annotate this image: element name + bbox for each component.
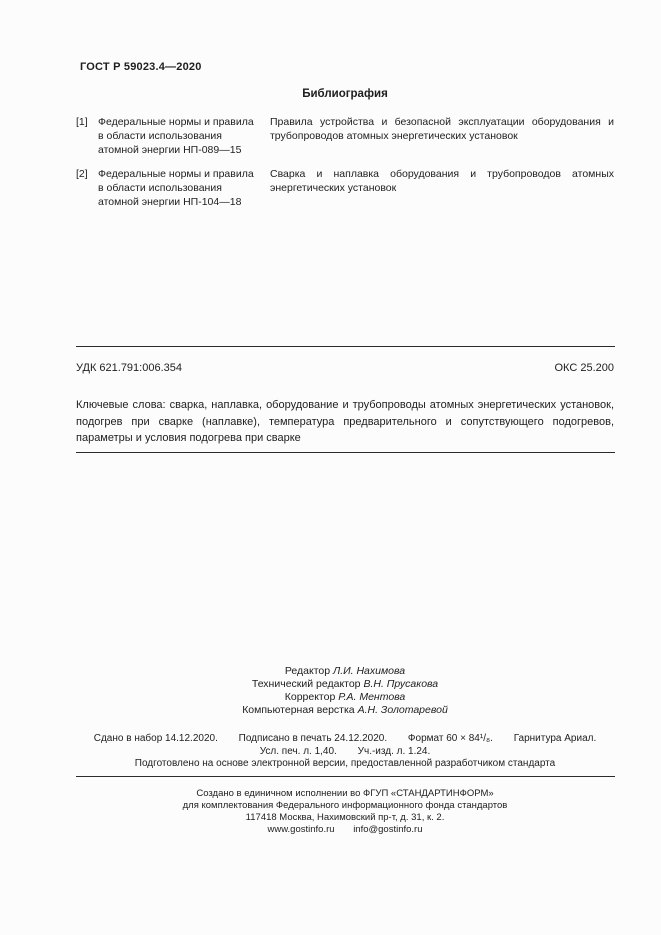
bibliography-entry: [2] Федеральные нормы и правила в област… [76, 167, 614, 209]
publisher-block: Создано в единичном исполнении во ФГУП «… [76, 788, 614, 836]
staff-line-technical-editor: Технический редактор В.Н. Прусакова [76, 678, 614, 691]
horizontal-rule-middle [76, 452, 615, 453]
imprint-line-2: Усл. печ. л. 1,40. Уч.-изд. л. 1.24. [76, 746, 614, 759]
section-title: Библиография [76, 88, 614, 100]
staff-role: Технический редактор [252, 678, 361, 690]
bibliography-source: Федеральные нормы и правила в области ис… [98, 115, 260, 157]
publisher-line-1: Создано в единичном исполнении во ФГУП «… [76, 788, 614, 800]
udk-code: УДК 621.791:006.354 [76, 362, 182, 374]
bibliography-description: Правила устройства и безопасной эксплуат… [270, 115, 614, 143]
staff-role: Редактор [285, 665, 330, 677]
publisher-website: www.gostinfo.ru [267, 824, 334, 835]
keywords-paragraph: Ключевые слова: сварка, наплавка, оборуд… [76, 397, 614, 447]
staff-name: Р.А. Ментова [338, 691, 405, 703]
imprint-typeface: Гарнитура Ариал. [514, 733, 597, 744]
staff-name: Л.И. Нахимова [333, 665, 405, 677]
editorial-staff-block: Редактор Л.И. Нахимова Технический редак… [76, 665, 614, 717]
staff-role: Компьютерная верстка [242, 704, 354, 716]
publisher-address: 117418 Москва, Нахимовский пр-т, д. 31, … [76, 812, 614, 824]
staff-name: А.Н. Золотаревой [358, 704, 448, 716]
bibliography-source: Федеральные нормы и правила в области ис… [98, 167, 260, 209]
imprint-block: Сдано в набор 14.12.2020. Подписано в пе… [76, 733, 614, 771]
imprint-print-date: Подписано в печать 24.12.2020. [239, 733, 387, 744]
staff-name: В.Н. Прусакова [363, 678, 438, 690]
bibliography-description: Сварка и наплавка оборудования и трубопр… [270, 167, 614, 195]
document-page: ГОСТ Р 59023.4—2020 Библиография [1] Фед… [0, 0, 661, 935]
imprint-format: Формат 60 × 84¹/₈. [408, 733, 493, 744]
bibliography-ref-number: [1] [76, 115, 98, 129]
staff-line-layout: Компьютерная верстка А.Н. Золотаревой [76, 704, 614, 717]
bibliography-list: [1] Федеральные нормы и правила в област… [76, 115, 614, 209]
imprint-line-1: Сдано в набор 14.12.2020. Подписано в пе… [76, 733, 614, 746]
classification-row: УДК 621.791:006.354 ОКС 25.200 [76, 362, 614, 374]
imprint-acc-sheets: Уч.-изд. л. 1.24. [358, 746, 431, 757]
staff-line-corrector: Корректор Р.А. Ментова [76, 691, 614, 704]
bibliography-entry: [1] Федеральные нормы и правила в област… [76, 115, 614, 157]
publisher-line-2: для комплектования Федерального информац… [76, 800, 614, 812]
oks-code: ОКС 25.200 [555, 362, 615, 374]
imprint-conv-sheets: Усл. печ. л. 1,40. [260, 746, 337, 757]
imprint-set-date: Сдано в набор 14.12.2020. [94, 733, 218, 744]
doc-code: ГОСТ Р 59023.4—2020 [80, 61, 202, 73]
publisher-contacts: www.gostinfo.ru info@gostinfo.ru [76, 824, 614, 836]
imprint-note: Подготовлено на основе электронной верси… [76, 758, 614, 771]
publisher-email: info@gostinfo.ru [353, 824, 422, 835]
staff-role: Корректор [285, 691, 336, 703]
staff-line-editor: Редактор Л.И. Нахимова [76, 665, 614, 678]
horizontal-rule-bottom [76, 776, 615, 777]
horizontal-rule-top [76, 346, 615, 347]
bibliography-ref-number: [2] [76, 167, 98, 181]
